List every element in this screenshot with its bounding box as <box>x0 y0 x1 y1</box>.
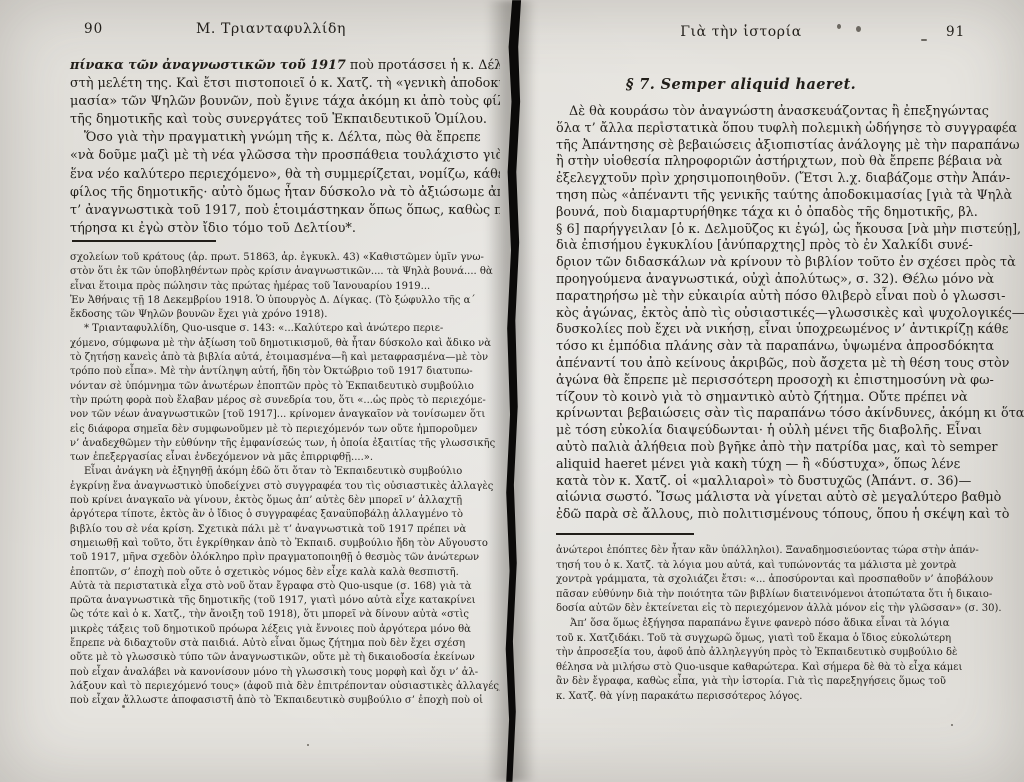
footnote-continuation: σχολείων τοῦ κράτους (ἀρ. πρωτ. 51863, ἀ… <box>70 251 486 322</box>
paragraph-lines: στὴ μελέτη της. Καὶ ἔτσι πιστοποιεῖ ὁ κ.… <box>70 76 500 127</box>
left-body-text: πίνακα τῶν ἀναγνωστικῶν τοῦ 1917 ποὺ προ… <box>70 57 472 238</box>
footnote-separator-left <box>72 240 216 242</box>
scan-speck <box>307 744 309 746</box>
right-page: Γιὰ τὴν ἱστορία 91 § 7. Semper aliquid h… <box>522 0 1024 782</box>
footnote-separator-right <box>556 533 694 535</box>
footnote-asterisk: * Τριανταφυλλίδη, Quo-usque σ. 143: «...… <box>70 322 486 465</box>
section-heading: § 7. Semper aliquid haeret. <box>556 76 926 93</box>
paragraph: πίνακα τῶν ἀναγνωστικῶν τοῦ 1917 ποὺ προ… <box>70 57 472 129</box>
bold-italic-lead: πίνακα τῶν ἀναγνωστικῶν τοῦ 1917 <box>70 58 346 73</box>
page-number-right: 91 <box>946 24 965 40</box>
footnote-lines: ἀνώτεροι ἐπόπτες δὲν ἦταν κἂν ὑπάλληλοι)… <box>556 545 1002 614</box>
left-footnotes: σχολείων τοῦ κράτους (ἀρ. πρωτ. 51863, ἀ… <box>70 251 486 709</box>
scan-speck <box>660 121 663 124</box>
scan-speck <box>921 39 927 41</box>
paragraph: Ὅσο γιὰ τὴν πραγματικὴ γνώμη τῆς κ. Δέλτ… <box>70 129 472 238</box>
book-scan: 90 Μ. Τριανταφυλλίδη πίνακα τῶν ἀναγνωστ… <box>0 0 1024 782</box>
paragraph: Δὲ θὰ κουράσω τὸν ἀναγνώστη ἀνασκευάζοντ… <box>556 104 996 524</box>
footnote-lines: Εἶναι ἀνάγκη νὰ ἐξηγηθῇ ἀκόμη ἐδῶ ὅτι ὅτ… <box>70 466 500 706</box>
right-footnotes: ἀνώτεροι ἐπόπτες δὲν ἦταν κἂν ὑπάλληλοι)… <box>556 544 1004 705</box>
footnote-paragraph: Ἀπ’ ὅσα ὅμως ἐξήγησα παραπάνω ἔγινε φανε… <box>556 617 1004 705</box>
footnote-lines: * Τριανταφυλλίδη, Quo-usque σ. 143: «...… <box>70 323 495 463</box>
scan-speck <box>837 24 841 29</box>
scan-speck <box>566 268 568 270</box>
scan-speck <box>951 724 953 726</box>
footnote-paragraph: Εἶναι ἀνάγκη νὰ ἐξηγηθῇ ἀκόμη ἐδῶ ὅτι ὅτ… <box>70 465 486 708</box>
paragraph-lines: Δὲ θὰ κουράσω τὸν ἀναγνώστη ἀνασκευάζοντ… <box>556 104 1024 522</box>
running-title-left: Μ. Τριανταφυλλίδη <box>70 21 472 37</box>
lead-rest: ποὺ προτάσσει ἡ κ. Δέλτα <box>346 58 500 73</box>
right-body-text: Δὲ θὰ κουράσω τὸν ἀναγνώστη ἀνασκευάζοντ… <box>556 104 996 524</box>
running-title-right: Γιὰ τὴν ἱστορία <box>556 24 926 40</box>
footnote-continuation: ἀνώτεροι ἐπόπτες δὲν ἦταν κἂν ὑπάλληλοι)… <box>556 544 1004 617</box>
paragraph-lines: Ὅσο γιὰ τὴν πραγματικὴ γνώμη τῆς κ. Δέλτ… <box>70 130 500 235</box>
scan-speck <box>856 26 861 32</box>
left-page: 90 Μ. Τριανταφυλλίδη πίνακα τῶν ἀναγνωστ… <box>0 0 500 782</box>
footnote-lines: σχολείων τοῦ κράτους (ἀρ. πρωτ. 51863, ἀ… <box>70 252 493 320</box>
footnote-lines: Ἀπ’ ὅσα ὅμως ἐξήγησα παραπάνω ἔγινε φανε… <box>556 618 962 702</box>
scan-speck <box>122 705 125 708</box>
